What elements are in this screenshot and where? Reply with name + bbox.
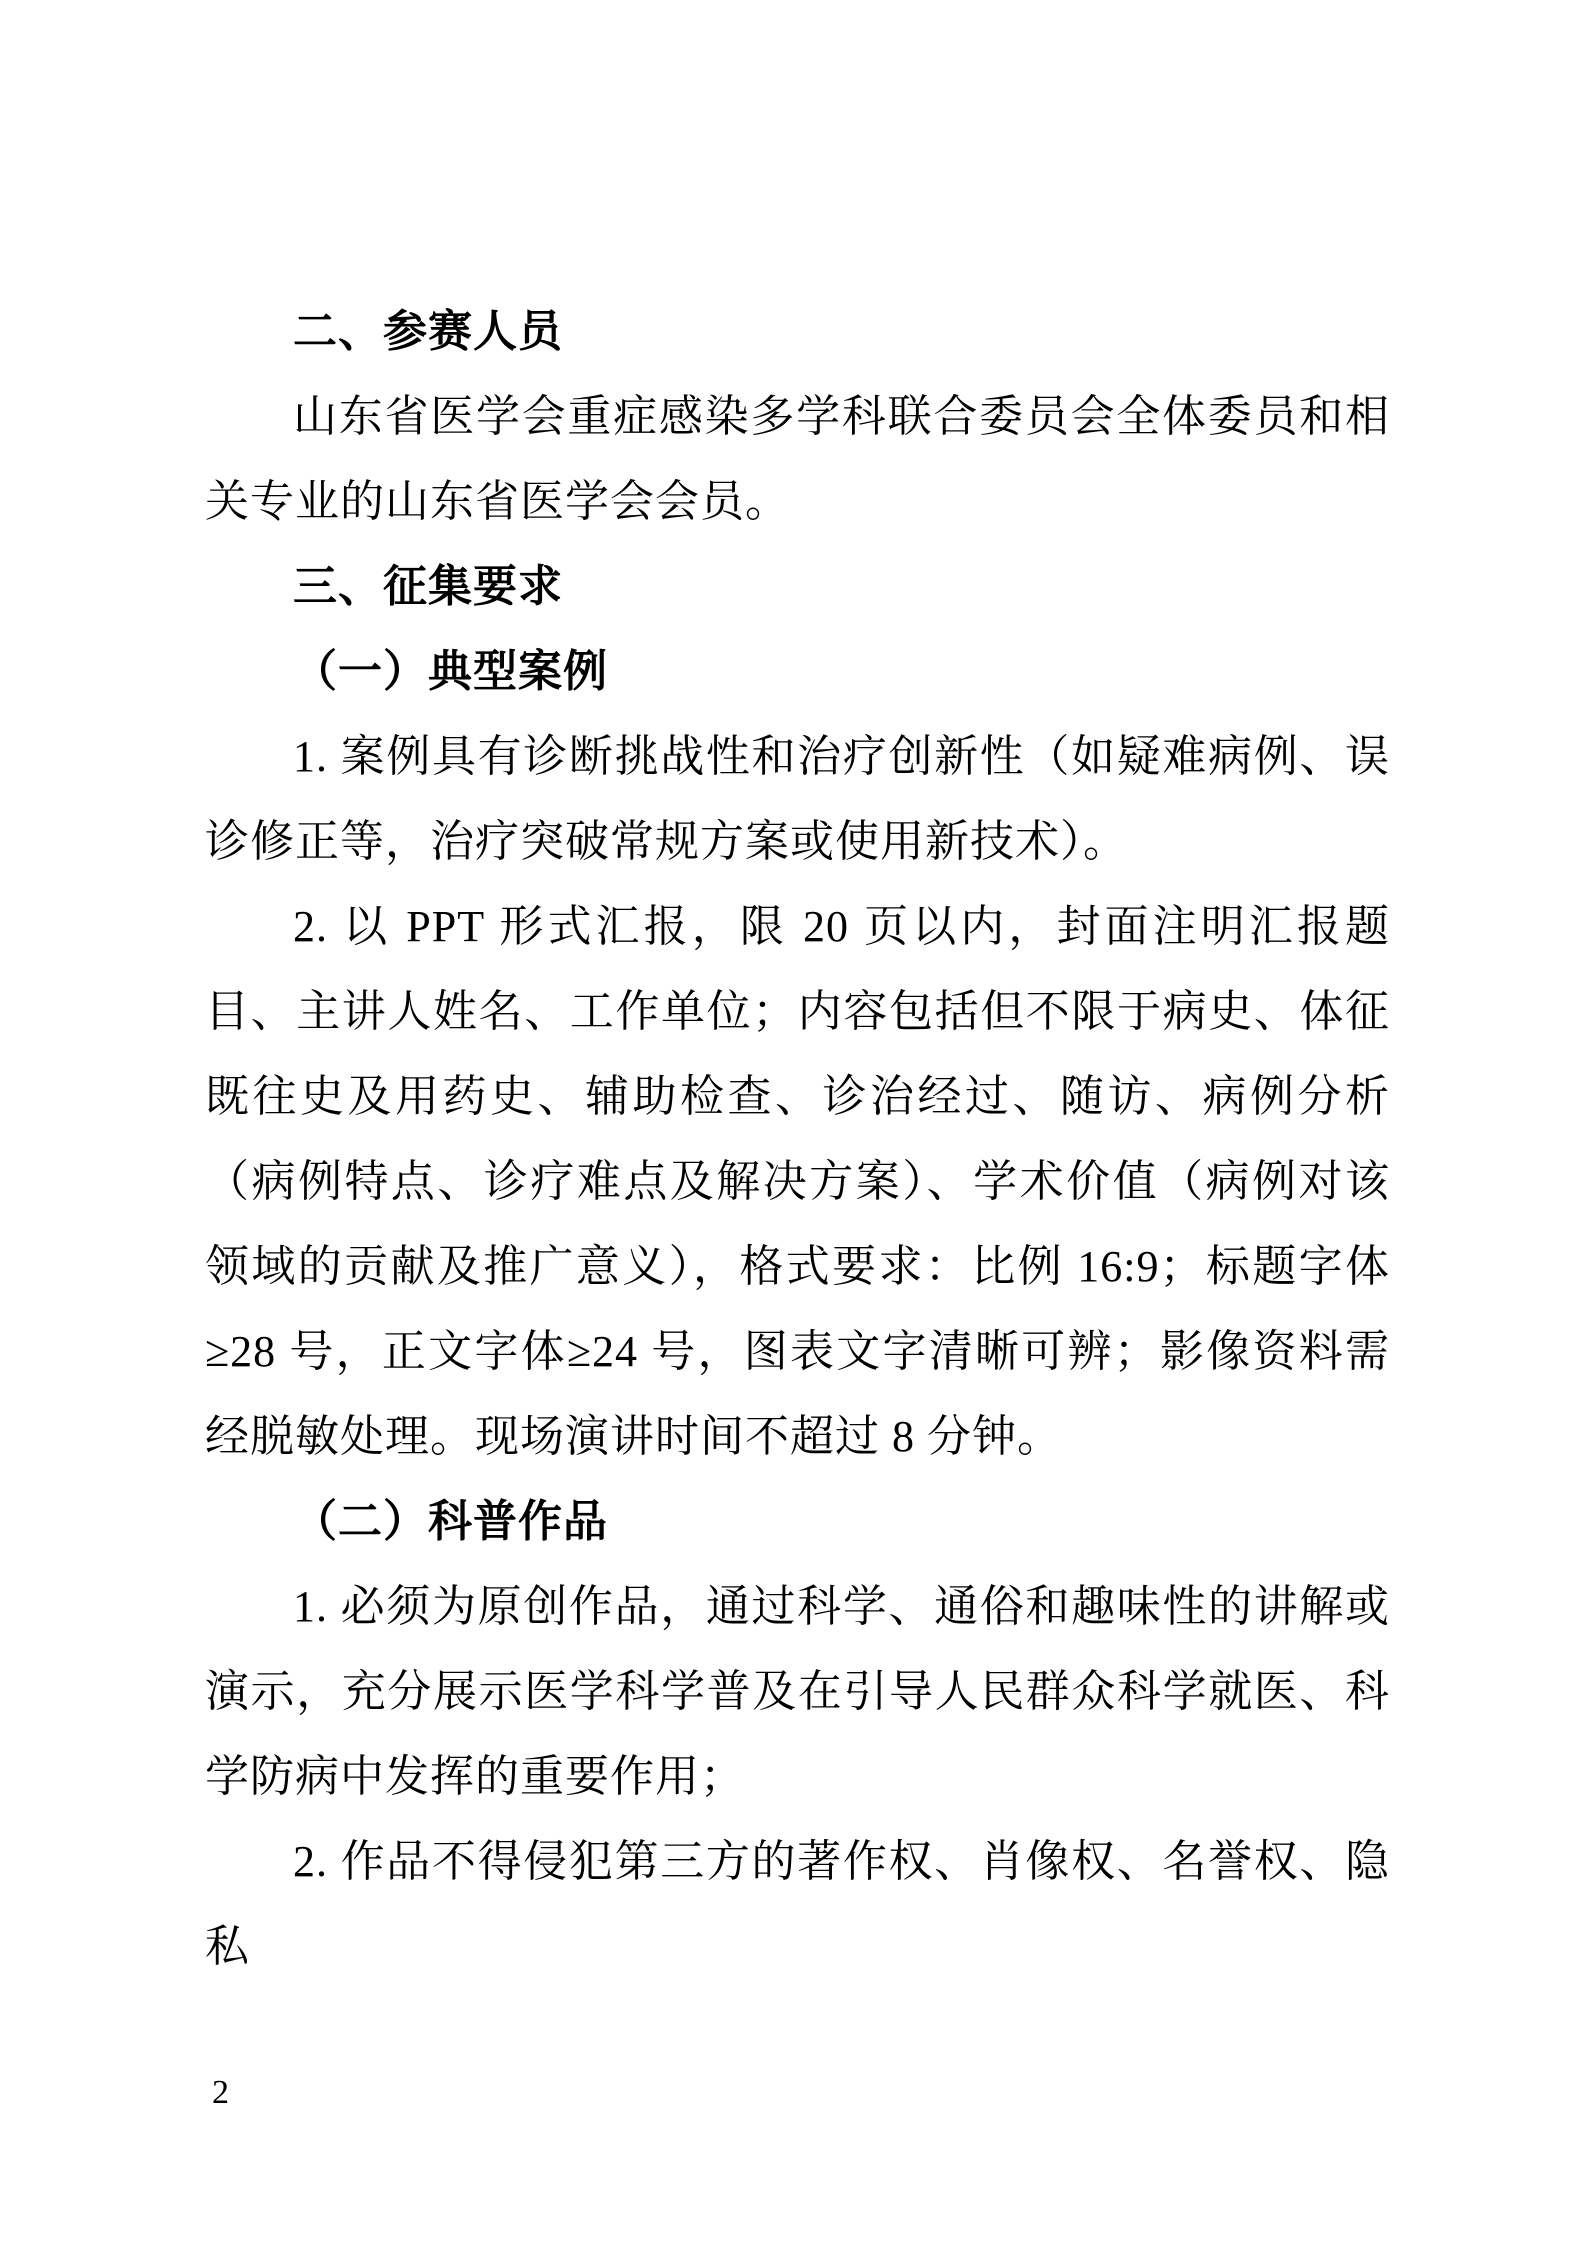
heading-section-3-requirements: 三、征集要求	[205, 544, 1390, 629]
document-body: 二、参赛人员 山东省医学会重症感染多学科联合委员会全体委员和相关专业的山东省医学…	[205, 289, 1390, 1989]
paragraph-science-requirement-1: 1. 必须为原创作品，通过科学、通俗和趣味性的讲解或演示，充分展示医学科学普及在…	[205, 1564, 1390, 1819]
paragraph-participants: 山东省医学会重症感染多学科联合委员会全体委员和相关专业的山东省医学会会员。	[205, 374, 1390, 544]
document-page: 二、参赛人员 山东省医学会重症感染多学科联合委员会全体委员和相关专业的山东省医学…	[0, 0, 1588, 2245]
page-number: 2	[212, 2072, 229, 2114]
paragraph-case-requirement-2: 2. 以 PPT 形式汇报，限 20 页以内，封面注明汇报题目、主讲人姓名、工作…	[205, 884, 1390, 1479]
heading-subsection-science-works: （二）科普作品	[205, 1479, 1390, 1564]
paragraph-case-requirement-1: 1. 案例具有诊断挑战性和治疗创新性（如疑难病例、误诊修正等，治疗突破常规方案或…	[205, 714, 1390, 884]
heading-subsection-typical-cases: （一）典型案例	[205, 629, 1390, 714]
paragraph-science-requirement-2: 2. 作品不得侵犯第三方的著作权、肖像权、名誉权、隐私	[205, 1819, 1390, 1989]
heading-section-2-participants: 二、参赛人员	[205, 289, 1390, 374]
